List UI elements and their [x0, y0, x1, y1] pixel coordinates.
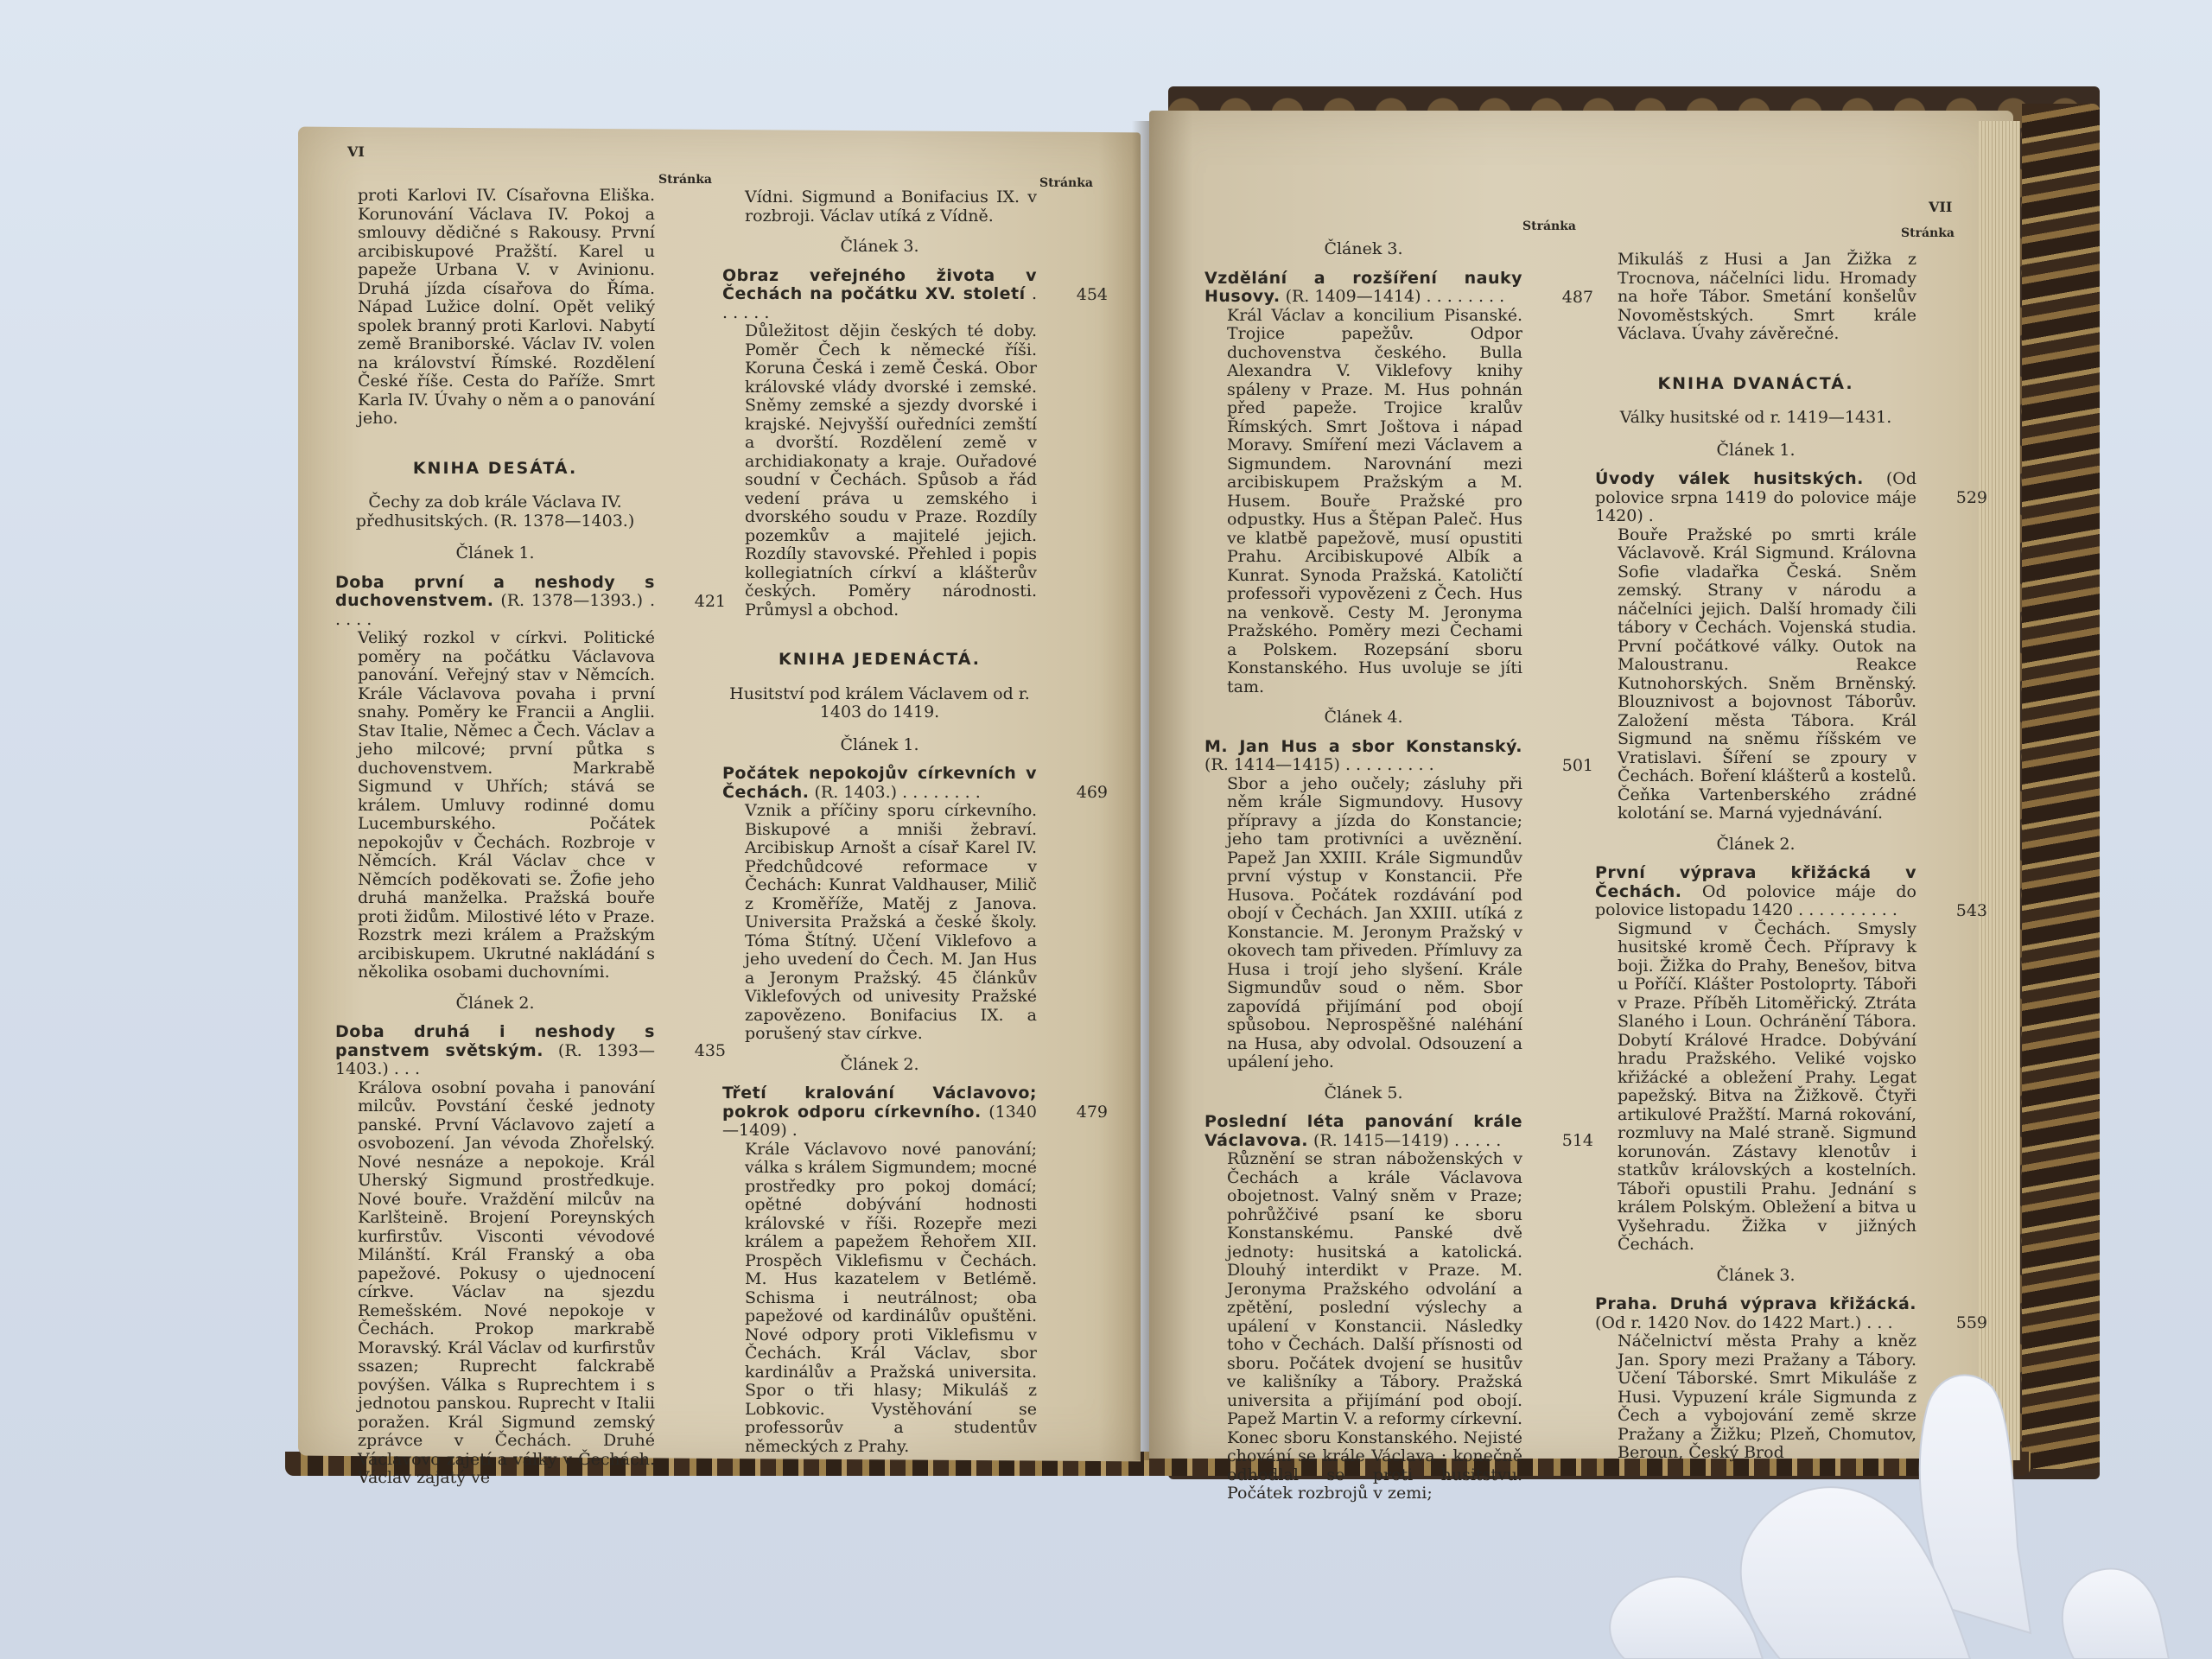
entry-summary: Vznik a příčiny sporu církevního. Biskup… — [722, 802, 1037, 1044]
stranka-header-left-a: Stránka — [658, 173, 712, 187]
article-label: Článek 3. — [1205, 240, 1522, 259]
continuation-paragraph: proti Karlovi IV. Císařovna Eliška. Koru… — [335, 187, 655, 429]
book-subtitle: Čechy za dob krále Václava IV. předhusit… — [335, 493, 655, 531]
book-title-kniha-desata: KNIHA DESÁTÁ. — [335, 460, 655, 479]
entry-page-number: 501 — [1562, 757, 1593, 776]
toc-entry[interactable]: Vzdělání a rozšíření nauky Husovy. (R. 1… — [1205, 270, 1522, 697]
entry-summary: Sigmund v Čechách. Smysly husitské kromě… — [1595, 920, 1916, 1255]
entry-page-number: 421 — [695, 593, 726, 612]
stranka-header-right-a: Stránka — [1522, 219, 1576, 233]
book-title-kniha-jedenacta: KNIHA JEDENÁCTÁ. — [722, 651, 1037, 670]
toc-entry[interactable]: První výprava křižácká v Čechách. Od pol… — [1595, 864, 1916, 1255]
page-number-vi: VI — [347, 143, 365, 160]
entry-summary: Veliký rozkol v církvi. Politické poměry… — [335, 629, 655, 982]
article-label: Článek 1. — [1595, 442, 1916, 461]
toc-entry[interactable]: Obraz veřejného života v Čechách na počá… — [722, 267, 1037, 620]
entry-page-number: 529 — [1956, 489, 1987, 508]
stranka-header-left-b: Stránka — [1039, 176, 1093, 190]
entry-summary: Náčelnictví města Prahy a kněz Jan. Spor… — [1595, 1332, 1916, 1463]
article-label: Článek 3. — [722, 238, 1037, 257]
article-label: Článek 2. — [335, 995, 655, 1014]
entry-summary: Krále Václavovo nové panování; válka s k… — [722, 1141, 1037, 1457]
entry-date-leader: (Od r. 1420 Nov. do 1422 Mart.) . . . — [1595, 1313, 1893, 1332]
book-subtitle: Husitství pod králem Václavem od r. 1403… — [722, 685, 1037, 722]
article-label: Článek 2. — [722, 1056, 1037, 1075]
toc-column-left-a: proti Karlovi IV. Císařovna Eliška. Koru… — [335, 187, 655, 1488]
toc-entry[interactable]: Třetí kralování Václavovo; pokrok odporu… — [722, 1084, 1037, 1456]
toc-column-right-b: Mikuláš z Husi a Jan Žižka z Trocnova, n… — [1595, 251, 1916, 1463]
toc-column-right-a: Článek 3. Vzdělání a rozšíření nauky Hus… — [1205, 240, 1522, 1503]
toc-entry[interactable]: M. Jan Hus a sbor Konstanský. (R. 1414—1… — [1205, 738, 1522, 1072]
entry-page-number: 454 — [1077, 286, 1108, 305]
entry-date-leader: (R. 1415—1419) . . . . . — [1308, 1131, 1501, 1150]
entry-summary: Bouře Pražské po smrti krále Václavově. … — [1595, 526, 1916, 823]
marbled-spine-edge — [2022, 104, 2100, 1469]
entry-page-number: 559 — [1956, 1314, 1987, 1333]
page-number-vii: VII — [1929, 199, 1952, 215]
entry-page-number: 543 — [1956, 902, 1987, 921]
stranka-header-right-b: Stránka — [1901, 226, 1955, 240]
article-label: Článek 4. — [1205, 709, 1522, 728]
toc-column-left-b: Vídni. Sigmund a Bonifacius IX. v rozbro… — [722, 188, 1037, 1456]
toc-entry[interactable]: Praha. Druhá výprava křižácká. (Od r. 14… — [1595, 1295, 1916, 1463]
entry-date-leader: (R. 1403.) . . . . . . . . — [809, 783, 980, 802]
entry-page-number: 435 — [695, 1042, 726, 1061]
continuation-paragraph: Vídni. Sigmund a Bonifacius IX. v rozbro… — [722, 188, 1037, 226]
entry-page-number: 469 — [1077, 784, 1108, 803]
entry-date-leader: (R. 1414—1415) . . . . . . . . . — [1205, 755, 1434, 774]
entry-title: Obraz veřejného života v Čechách na počá… — [722, 266, 1037, 304]
entry-summary: Různění se stran náboženských v Čechách … — [1205, 1150, 1522, 1503]
toc-entry[interactable]: Poslední léta panování krále Václavova. … — [1205, 1113, 1522, 1503]
entry-summary: Sbor a jeho oučely; zásluhy při něm král… — [1205, 775, 1522, 1072]
entry-summary: Důležitost dějin českých té doby. Poměr … — [722, 322, 1037, 620]
entry-title: M. Jan Hus a sbor Konstanský. — [1205, 737, 1522, 756]
book-subtitle: Války husitské od r. 1419—1431. — [1595, 409, 1916, 428]
article-label: Článek 2. — [1595, 836, 1916, 855]
entry-summary: Král Václav a koncilium Pisanské. Trojic… — [1205, 307, 1522, 697]
entry-page-number: 487 — [1562, 289, 1593, 308]
article-label: Článek 3. — [1595, 1267, 1916, 1286]
toc-entry[interactable]: Počátek nepokojův církevních v Čechách. … — [722, 765, 1037, 1044]
toc-entry[interactable]: Úvody válek husitských. (Od polovice srp… — [1595, 470, 1916, 823]
toc-entry[interactable]: Doba druhá i neshody s panstvem světským… — [335, 1023, 655, 1488]
entry-date-leader: (R. 1409—1414) . . . . . . . . — [1281, 287, 1505, 306]
article-label: Článek 1. — [335, 544, 655, 563]
continuation-paragraph: Mikuláš z Husi a Jan Žižka z Trocnova, n… — [1595, 251, 1916, 344]
toc-entry[interactable]: Doba první a neshody s duchovenstvem. (R… — [335, 574, 655, 982]
entry-page-number: 479 — [1077, 1103, 1108, 1122]
article-label: Článek 5. — [1205, 1084, 1522, 1103]
entry-title: Úvody válek husitských. — [1595, 469, 1864, 488]
book-title-kniha-dvanacta: KNIHA DVANÁCTÁ. — [1595, 375, 1916, 394]
entry-summary: Králova osobní povaha i panování milcův.… — [335, 1079, 655, 1488]
entry-page-number: 514 — [1562, 1132, 1593, 1151]
page-stack-edge — [1979, 121, 2020, 1460]
entry-title: Praha. Druhá výprava křižácká. — [1595, 1294, 1916, 1313]
article-label: Článek 1. — [722, 736, 1037, 755]
